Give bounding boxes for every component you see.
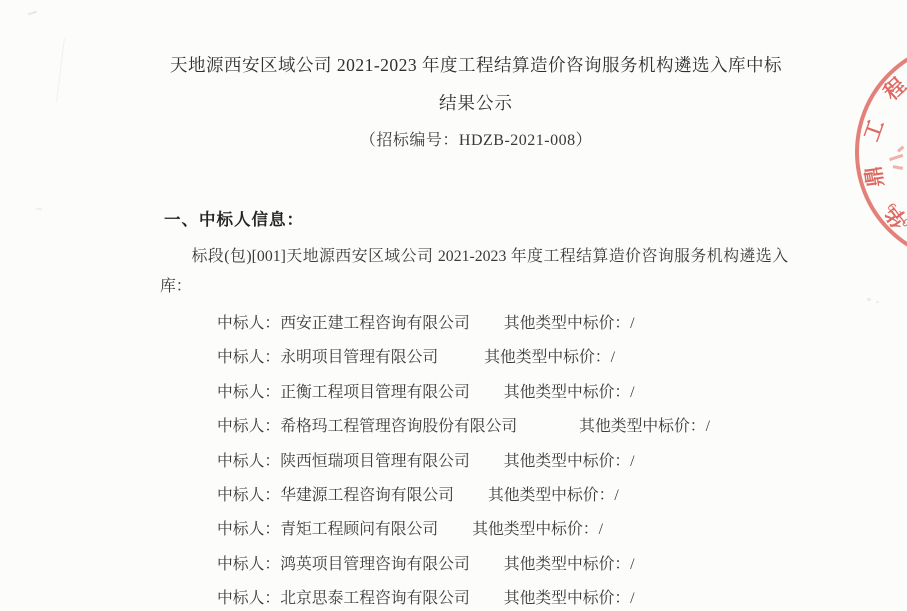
section-heading-winner-info: 一、中标人信息： [164, 206, 304, 230]
winner-row: 中标人：正衡工程项目管理有限公司其他类型中标价：/ [217, 376, 792, 410]
winner-name: 陕西恒瑞项目管理有限公司 [280, 453, 470, 470]
package-description: 标段(包)[001]天地源西安区域公司 2021-2023 年度工程结算造价咨询… [160, 242, 788, 302]
winner-label: 中标人： [217, 521, 280, 538]
winner-name: 永明项目管理有限公司 [280, 349, 438, 366]
winner-name: 北京思泰工程咨询有限公司 [280, 590, 470, 607]
price-value: / [630, 315, 634, 332]
winner-row: 中标人：华建源工程咨询有限公司其他类型中标价：/ [217, 479, 792, 513]
scan-speck [876, 301, 879, 303]
scan-speck [867, 298, 871, 301]
winner-price: 其他类型中标价：/ [504, 453, 635, 470]
winner-price: 其他类型中标价：/ [504, 315, 635, 332]
scan-fold-line [56, 38, 65, 102]
winner-name: 西安正建工程咨询有限公司 [280, 315, 470, 332]
price-value: / [611, 349, 615, 366]
scanned-document-page: 天地源西安区域公司 2021-2023 年度工程结算造价咨询服务机构遴选入库中标… [0, 0, 907, 611]
scan-speck [36, 207, 42, 210]
winner-row: 中标人：青矩工程顾问有限公司其他类型中标价：/ [217, 513, 792, 547]
price-type-label: 其他类型中标价： [579, 418, 705, 435]
price-type-label: 其他类型中标价： [504, 384, 630, 401]
seal-ring-text: 华鼎工程咨 [858, 43, 907, 233]
winner-row: 中标人：陕西恒瑞项目管理有限公司其他类型中标价：/ [217, 445, 792, 479]
winner-name: 正衡工程项目管理有限公司 [280, 384, 470, 401]
winner-name: 鸿英项目管理咨询有限公司 [280, 556, 470, 573]
winner-price: 其他类型中标价：/ [579, 418, 710, 435]
winner-price: 其他类型中标价：/ [484, 349, 615, 366]
price-type-label: 其他类型中标价： [504, 590, 630, 607]
winner-label: 中标人： [217, 487, 280, 504]
price-value: / [599, 521, 603, 538]
winner-label: 中标人： [217, 556, 280, 573]
tender-number: （招标编号：HDZB-2021-008） [160, 127, 792, 150]
scan-speck [28, 11, 37, 16]
winner-label: 中标人： [217, 453, 280, 470]
winner-row: 中标人：西安正建工程咨询有限公司其他类型中标价：/ [217, 307, 792, 341]
winner-label: 中标人： [217, 590, 280, 607]
winners-list: 中标人：西安正建工程咨询有限公司其他类型中标价：/中标人：永明项目管理有限公司其… [217, 307, 792, 611]
price-value: / [630, 384, 634, 401]
winner-row: 中标人：永明项目管理有限公司其他类型中标价：/ [217, 341, 792, 375]
document-title-line2: 结果公示 [160, 90, 792, 115]
winner-price: 其他类型中标价：/ [488, 487, 619, 504]
company-seal-stamp: 华鼎工程咨 610 [845, 30, 907, 280]
winner-label: 中标人： [217, 418, 280, 435]
document-title-line1: 天地源西安区域公司 2021-2023 年度工程结算造价咨询服务机构遴选入库中标 [160, 52, 792, 77]
winner-label: 中标人： [217, 384, 280, 401]
seal-inner-mark [889, 146, 904, 170]
winner-label: 中标人： [217, 349, 280, 366]
price-type-label: 其他类型中标价： [488, 487, 614, 504]
price-value: / [706, 418, 710, 435]
price-type-label: 其他类型中标价： [504, 315, 630, 332]
winner-label: 中标人： [217, 315, 280, 332]
price-value: / [630, 453, 634, 470]
winner-price: 其他类型中标价：/ [504, 590, 635, 607]
price-type-label: 其他类型中标价： [484, 349, 610, 366]
winner-row: 中标人：北京思泰工程咨询有限公司其他类型中标价：/ [217, 582, 792, 611]
winner-name: 华建源工程咨询有限公司 [280, 487, 454, 504]
winner-name: 青矩工程顾问有限公司 [280, 521, 438, 538]
winner-price: 其他类型中标价：/ [472, 521, 603, 538]
price-value: / [614, 487, 618, 504]
winner-price: 其他类型中标价：/ [504, 384, 635, 401]
winner-row: 中标人：希格玛工程管理咨询股份有限公司其他类型中标价：/ [217, 410, 792, 444]
price-value: / [630, 556, 634, 573]
price-type-label: 其他类型中标价： [504, 556, 630, 573]
price-value: / [630, 590, 634, 607]
winner-row: 中标人：鸿英项目管理咨询有限公司其他类型中标价：/ [217, 548, 792, 582]
winner-name: 希格玛工程管理咨询股份有限公司 [280, 418, 517, 435]
price-type-label: 其他类型中标价： [504, 453, 630, 470]
price-type-label: 其他类型中标价： [472, 521, 598, 538]
winner-price: 其他类型中标价：/ [504, 556, 635, 573]
